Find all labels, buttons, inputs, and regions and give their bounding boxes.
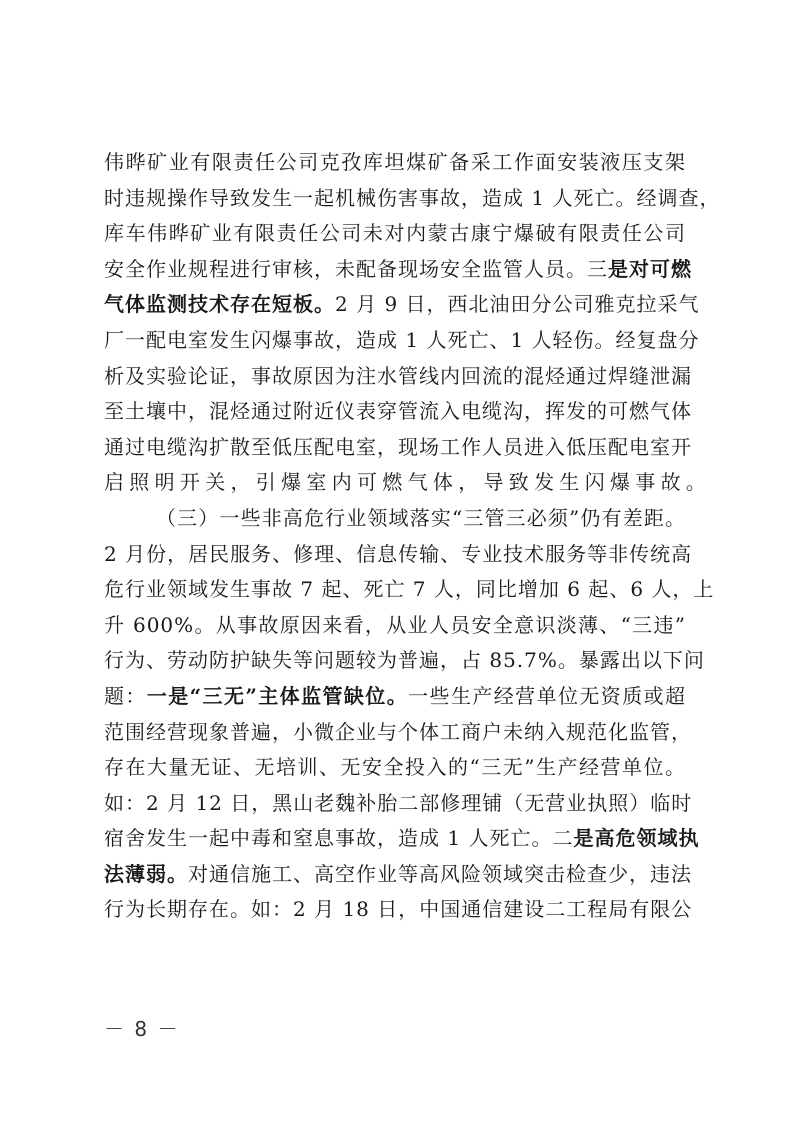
text-line: 行为长期存在。如：2 月 18 日，中国通信建设二工程局有限公 <box>104 892 686 928</box>
text-line: 范围经营现象普遍，小微企业与个体工商户未纳入规范化监管， <box>104 715 686 751</box>
text-line: 如：2 月 12 日，黑山老魏补胎二部修理铺（无营业执照）临时 <box>104 786 686 822</box>
text-line: 至土壤中，混烃通过附近仪表穿管流入电缆沟，挥发的可燃气体 <box>104 394 686 430</box>
paragraph-text: 行为、劳动防护缺失等问题较为普遍，占 85.7%。暴露出以下问 <box>104 648 705 672</box>
text-line: 启照明开关，引爆室内可燃气体，导致发生闪爆事故。 <box>104 465 686 501</box>
paragraph-text: 时违规操作导致发生一起机械伤害事故，造成 1 人死亡。经调查， <box>104 186 720 210</box>
paragraph-text: 范围经营现象普遍，小微企业与个体工商户未纳入规范化监管， <box>104 720 692 744</box>
bold-heading-text: 是高危领域执 <box>573 826 699 850</box>
text-line: 法薄弱。对通信施工、高空作业等高风险领域突击检查少，违法 <box>104 857 686 893</box>
text-line: 析及实验论证，事故原因为注水管线内回流的混烃通过焊缝泄漏 <box>104 359 686 395</box>
text-line: 危行业领域发生事故 7 起、死亡 7 人，同比增加 6 起、6 人，上 <box>104 572 686 608</box>
page-number: － 8 － <box>104 1013 179 1042</box>
paragraph-text: 库车伟晔矿业有限责任公司未对内蒙古康宁爆破有限责任公司 <box>104 221 686 245</box>
paragraph-text: 2 月 9 日，西北油田分公司雅克拉采气 <box>335 292 700 316</box>
paragraph-text: 伟晔矿业有限责任公司克孜库坦煤矿备采工作面安装液压支架 <box>104 150 686 174</box>
bold-heading-text: 是对可燃 <box>608 257 692 281</box>
text-line: 气体监测技术存在短板。2 月 9 日，西北油田分公司雅克拉采气 <box>104 287 686 323</box>
paragraph-text: 通过电缆沟扩散至低压配电室，现场工作人员进入低压配电室开 <box>104 435 692 459</box>
paragraph-text: 题： <box>104 684 147 708</box>
text-line: 题：一是“三无”主体监管缺位。一些生产经营单位无资质或超 <box>104 679 686 715</box>
text-line: 库车伟晔矿业有限责任公司未对内蒙古康宁爆破有限责任公司 <box>104 216 686 252</box>
paragraph-text: 如：2 月 12 日，黑山老魏补胎二部修理铺（无营业执照）临时 <box>104 791 692 815</box>
paragraph-text: 危行业领域发生事故 7 起、死亡 7 人，同比增加 6 起、6 人，上 <box>104 577 714 601</box>
paragraph-text: 启照明开关，引爆室内可燃气体，导致发生闪爆事故。 <box>104 470 711 494</box>
text-line: 时违规操作导致发生一起机械伤害事故，造成 1 人死亡。经调查， <box>104 181 686 217</box>
paragraph-text: 安全作业规程进行审核，未配备现场安全监管人员。三 <box>104 257 608 281</box>
text-line: 宿舍发生一起中毒和窒息事故，造成 1 人死亡。二是高危领域执 <box>104 821 686 857</box>
text-line: 2 月份，居民服务、修理、信息传输、专业技术服务等非传统高 <box>104 537 686 573</box>
paragraph-text: 厂一配电室发生闪爆事故，造成 1 人死亡、1 人轻伤。经复盘分 <box>104 328 700 352</box>
paragraph-text: 一些生产经营单位无资质或超 <box>408 684 686 708</box>
body-text: 伟晔矿业有限责任公司克孜库坦煤矿备采工作面安装液压支架时违规操作导致发生一起机械… <box>104 145 686 928</box>
paragraph-text: 宿舍发生一起中毒和窒息事故，造成 1 人死亡。二 <box>104 826 573 850</box>
text-line: 存在大量无证、无培训、无安全投入的“三无”生产经营单位。 <box>104 750 686 786</box>
text-line: 安全作业规程进行审核，未配备现场安全监管人员。三是对可燃 <box>104 252 686 288</box>
text-line: 伟晔矿业有限责任公司克孜库坦煤矿备采工作面安装液压支架 <box>104 145 686 181</box>
paragraph-text: 存在大量无证、无培训、无安全投入的“三无”生产经营单位。 <box>104 755 686 779</box>
paragraph-text: 2 月份，居民服务、修理、信息传输、专业技术服务等非传统高 <box>104 542 692 566</box>
text-line: 厂一配电室发生闪爆事故，造成 1 人死亡、1 人轻伤。经复盘分 <box>104 323 686 359</box>
paragraph-text: 升 600%。从事故原因来看，从业人员安全意识淡薄、“三违” <box>104 613 686 637</box>
text-line: 通过电缆沟扩散至低压配电室，现场工作人员进入低压配电室开 <box>104 430 686 466</box>
text-line: （三）一些非高危行业领域落实“三管三必须”仍有差距。 <box>104 501 686 537</box>
text-line: 升 600%。从事故原因来看，从业人员安全意识淡薄、“三违” <box>104 608 686 644</box>
paragraph-text: 至土壤中，混烃通过附近仪表穿管流入电缆沟，挥发的可燃气体 <box>104 399 692 423</box>
bold-heading-text: 一是“三无”主体监管缺位。 <box>147 684 408 708</box>
text-line: 行为、劳动防护缺失等问题较为普遍，占 85.7%。暴露出以下问 <box>104 643 686 679</box>
document-page: 伟晔矿业有限责任公司克孜库坦煤矿备采工作面安装液压支架时违规操作导致发生一起机械… <box>0 0 792 1121</box>
paragraph-text: 析及实验论证，事故原因为注水管线内回流的混烃通过焊缝泄漏 <box>104 364 692 388</box>
paragraph-text: 对通信施工、高空作业等高风险领域突击检查少，违法 <box>188 862 692 886</box>
bold-heading-text: 法薄弱。 <box>104 862 188 886</box>
bold-heading-text: 气体监测技术存在短板。 <box>104 292 335 316</box>
paragraph-text: 行为长期存在。如：2 月 18 日，中国通信建设二工程局有限公 <box>104 897 692 921</box>
paragraph-text: （三）一些非高危行业领域落实“三管三必须”仍有差距。 <box>156 506 686 530</box>
